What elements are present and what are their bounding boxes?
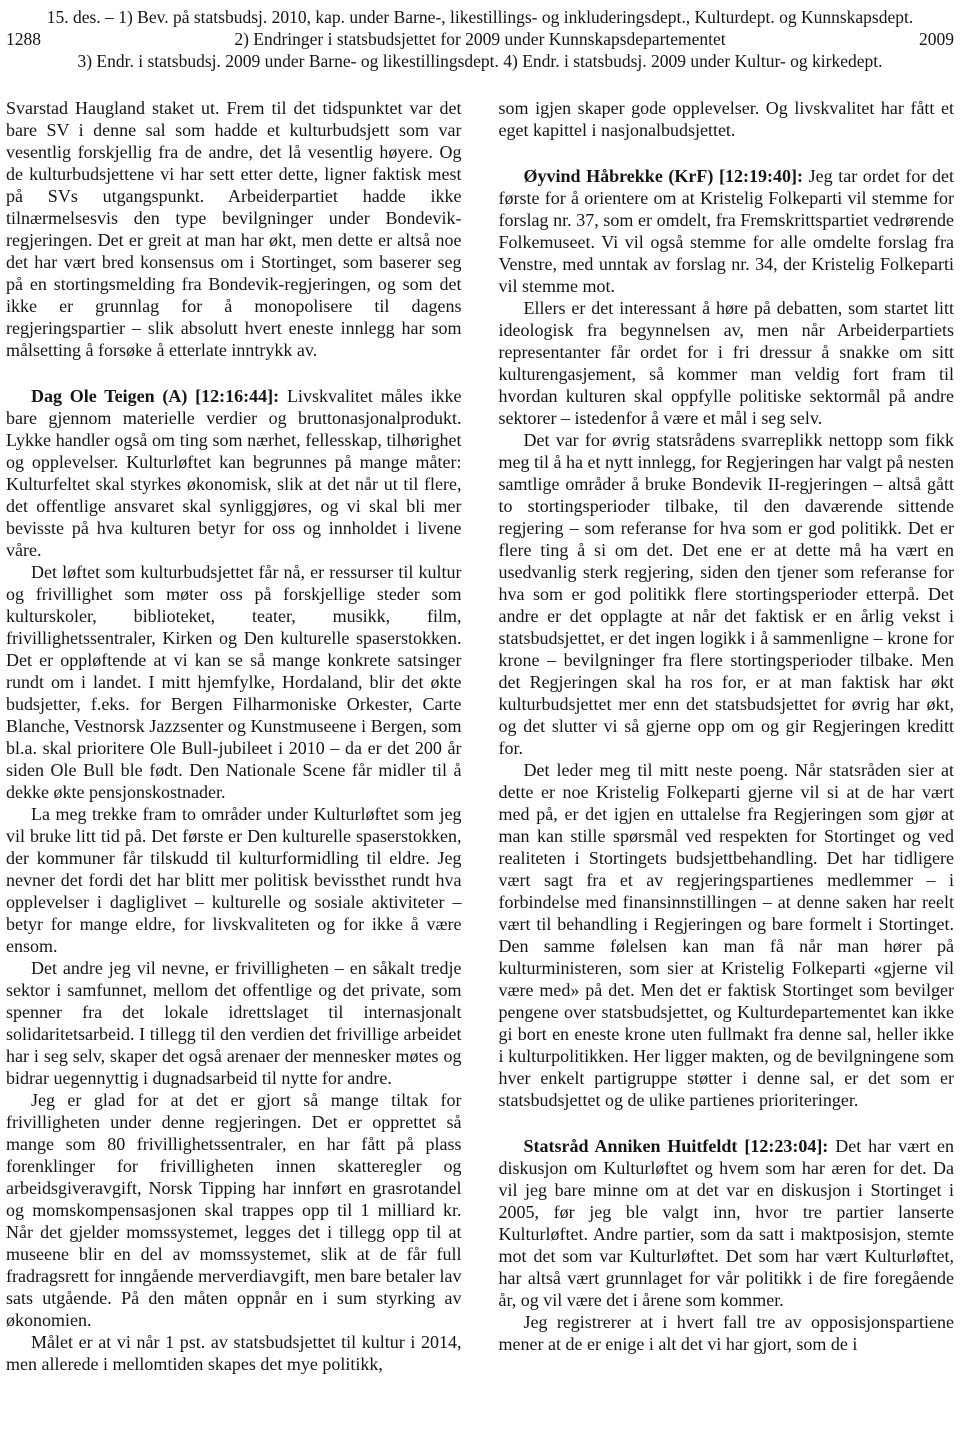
header-case-3-4: 3) Endr. i statsbudsj. 2009 under Barne-… (6, 51, 954, 72)
speaker-label: Statsråd Anniken Huitfeldt [12:23:04]: (524, 1136, 829, 1156)
speech-paragraph: Øyvind Håbrekke (KrF) [12:19:40]: Jeg ta… (499, 165, 955, 297)
paragraph: Jeg registrerer at i hvert fall tre av o… (499, 1311, 955, 1355)
page-header: 15. des. – 1) Bev. på statsbudsj. 2010, … (6, 7, 954, 72)
speech-paragraph: Dag Ole Teigen (A) [12:16:44]: Livskvali… (6, 385, 462, 561)
text-columns: Svarstad Haugland staket ut. Frem til de… (6, 97, 954, 1375)
publication-year: 2009 (919, 29, 954, 50)
paragraph: Ellers er det interessant å høre på deba… (499, 297, 955, 429)
speaker-label: Øyvind Håbrekke (KrF) [12:19:40]: (524, 166, 803, 186)
page-number: 1288 (6, 29, 41, 50)
paragraph: Det var for øvrig statsrådens svarreplik… (499, 429, 955, 759)
speaker-label: Dag Ole Teigen (A) [12:16:44]: (31, 386, 279, 406)
speech-paragraph: Statsråd Anniken Huitfeldt [12:23:04]: D… (499, 1135, 955, 1311)
header-middle-line: 1288 2) Endringer i statsbudsjettet for … (6, 29, 954, 50)
paragraph: Det leder meg til mitt neste poeng. Når … (499, 759, 955, 1111)
paragraph-continuation: som igjen skaper gode opplevelser. Og li… (499, 97, 955, 141)
paragraph: Målet er at vi når 1 pst. av statsbudsje… (6, 1331, 462, 1375)
paragraph: Det andre jeg vil nevne, er frivillighet… (6, 957, 462, 1089)
paragraph: Det løftet som kulturbudsjettet får nå, … (6, 561, 462, 803)
paragraph: Jeg er glad for at det er gjort så mange… (6, 1089, 462, 1331)
paragraph-continuation: Svarstad Haugland staket ut. Frem til de… (6, 97, 462, 361)
speech-text: Livskvalitet måles ikke bare gjennom mat… (6, 386, 462, 560)
paragraph: La meg trekke fram to områder under Kult… (6, 803, 462, 957)
document-page: 15. des. – 1) Bev. på statsbudsj. 2010, … (0, 0, 960, 1453)
header-subject-line: 15. des. – 1) Bev. på statsbudsj. 2010, … (6, 7, 954, 28)
header-case-2: 2) Endringer i statsbudsjettet for 2009 … (234, 29, 725, 49)
left-column: Svarstad Haugland staket ut. Frem til de… (6, 97, 462, 1375)
speech-text: Det har vært en diskusjon om Kulturløfte… (499, 1136, 955, 1310)
right-column: som igjen skaper gode opplevelser. Og li… (499, 97, 955, 1375)
